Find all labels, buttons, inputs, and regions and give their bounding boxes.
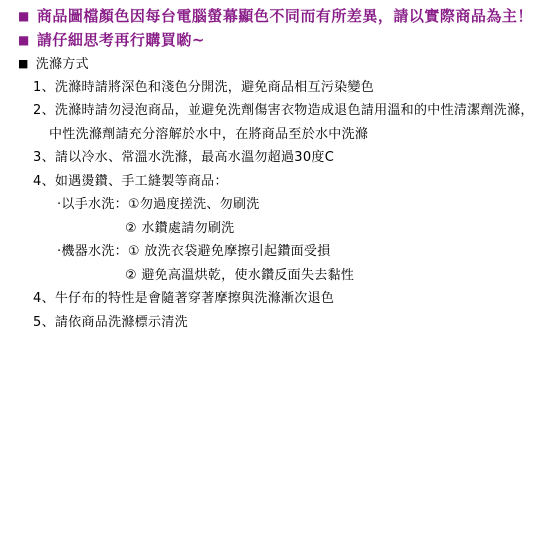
wash-instruction-line: 4、如遇燙鑽、手工縫製等商品： [0, 170, 550, 194]
bullet-square-icon: ■ [18, 5, 30, 29]
section-heading-line: ■洗滌方式 [0, 52, 550, 76]
wash-instruction-line: 4、牛仔布的特性是會隨著穿著摩擦與洗滌漸次退色 [0, 287, 550, 311]
wash-instruction-line: 中性洗滌劑請充分溶解於水中，在將商品至於水中洗滌 [0, 123, 550, 147]
section-heading: 洗滌方式 [36, 57, 89, 72]
product-care-notes: ■商品圖檔顏色因每台電腦螢幕顯色不同而有所差異，請以實際商品為主！■請仔細思考再… [0, 0, 550, 334]
wash-instruction-line: 2、洗滌時請勿浸泡商品，並避免洗劑傷害衣物造成退色請用溫和的中性清潔劑洗滌， [0, 99, 550, 123]
wash-instruction-list: 1、洗滌時請將深色和淺色分開洗，避免商品相互污染變色2、洗滌時請勿浸泡商品，並避… [0, 76, 550, 335]
wash-instruction-line: 1、洗滌時請將深色和淺色分開洗，避免商品相互污染變色 [0, 76, 550, 100]
notice-line: ■請仔細思考再行購買喲~ [0, 29, 550, 53]
bullet-square-icon: ■ [18, 29, 30, 53]
wash-instruction-line: 5、請依商品洗滌標示清洗 [0, 311, 550, 335]
notice-text: 請仔細思考再行購買喲~ [37, 31, 205, 49]
bullet-square-icon: ■ [18, 52, 29, 76]
wash-instruction-line: ·以手水洗：①勿過度搓洗、勿刷洗 [0, 193, 550, 217]
wash-instruction-line: ② 避免高溫烘乾，使水鑽反面失去黏性 [0, 264, 550, 288]
wash-instruction-line: ·機器水洗：① 放洗衣袋避免摩擦引起鑽面受損 [0, 240, 550, 264]
notice-list: ■商品圖檔顏色因每台電腦螢幕顯色不同而有所差異，請以實際商品為主！■請仔細思考再… [0, 5, 550, 52]
notice-text: 商品圖檔顏色因每台電腦螢幕顯色不同而有所差異，請以實際商品為主！ [37, 7, 533, 25]
wash-instruction-line: 3、請以冷水、常溫水洗滌，最高水溫勿超過30度C [0, 146, 550, 170]
notice-line: ■商品圖檔顏色因每台電腦螢幕顯色不同而有所差異，請以實際商品為主！ [0, 5, 550, 29]
wash-instruction-line: ② 水鑽處請勿刷洗 [0, 217, 550, 241]
